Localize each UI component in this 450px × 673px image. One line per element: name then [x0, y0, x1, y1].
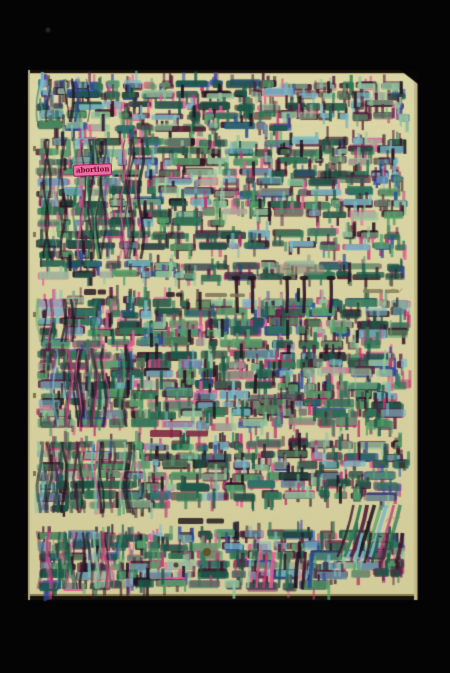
highlighted-word-abortion: abortion — [73, 163, 113, 177]
photo-background: abortion — [0, 0, 450, 673]
document-page-artwork — [0, 0, 450, 673]
